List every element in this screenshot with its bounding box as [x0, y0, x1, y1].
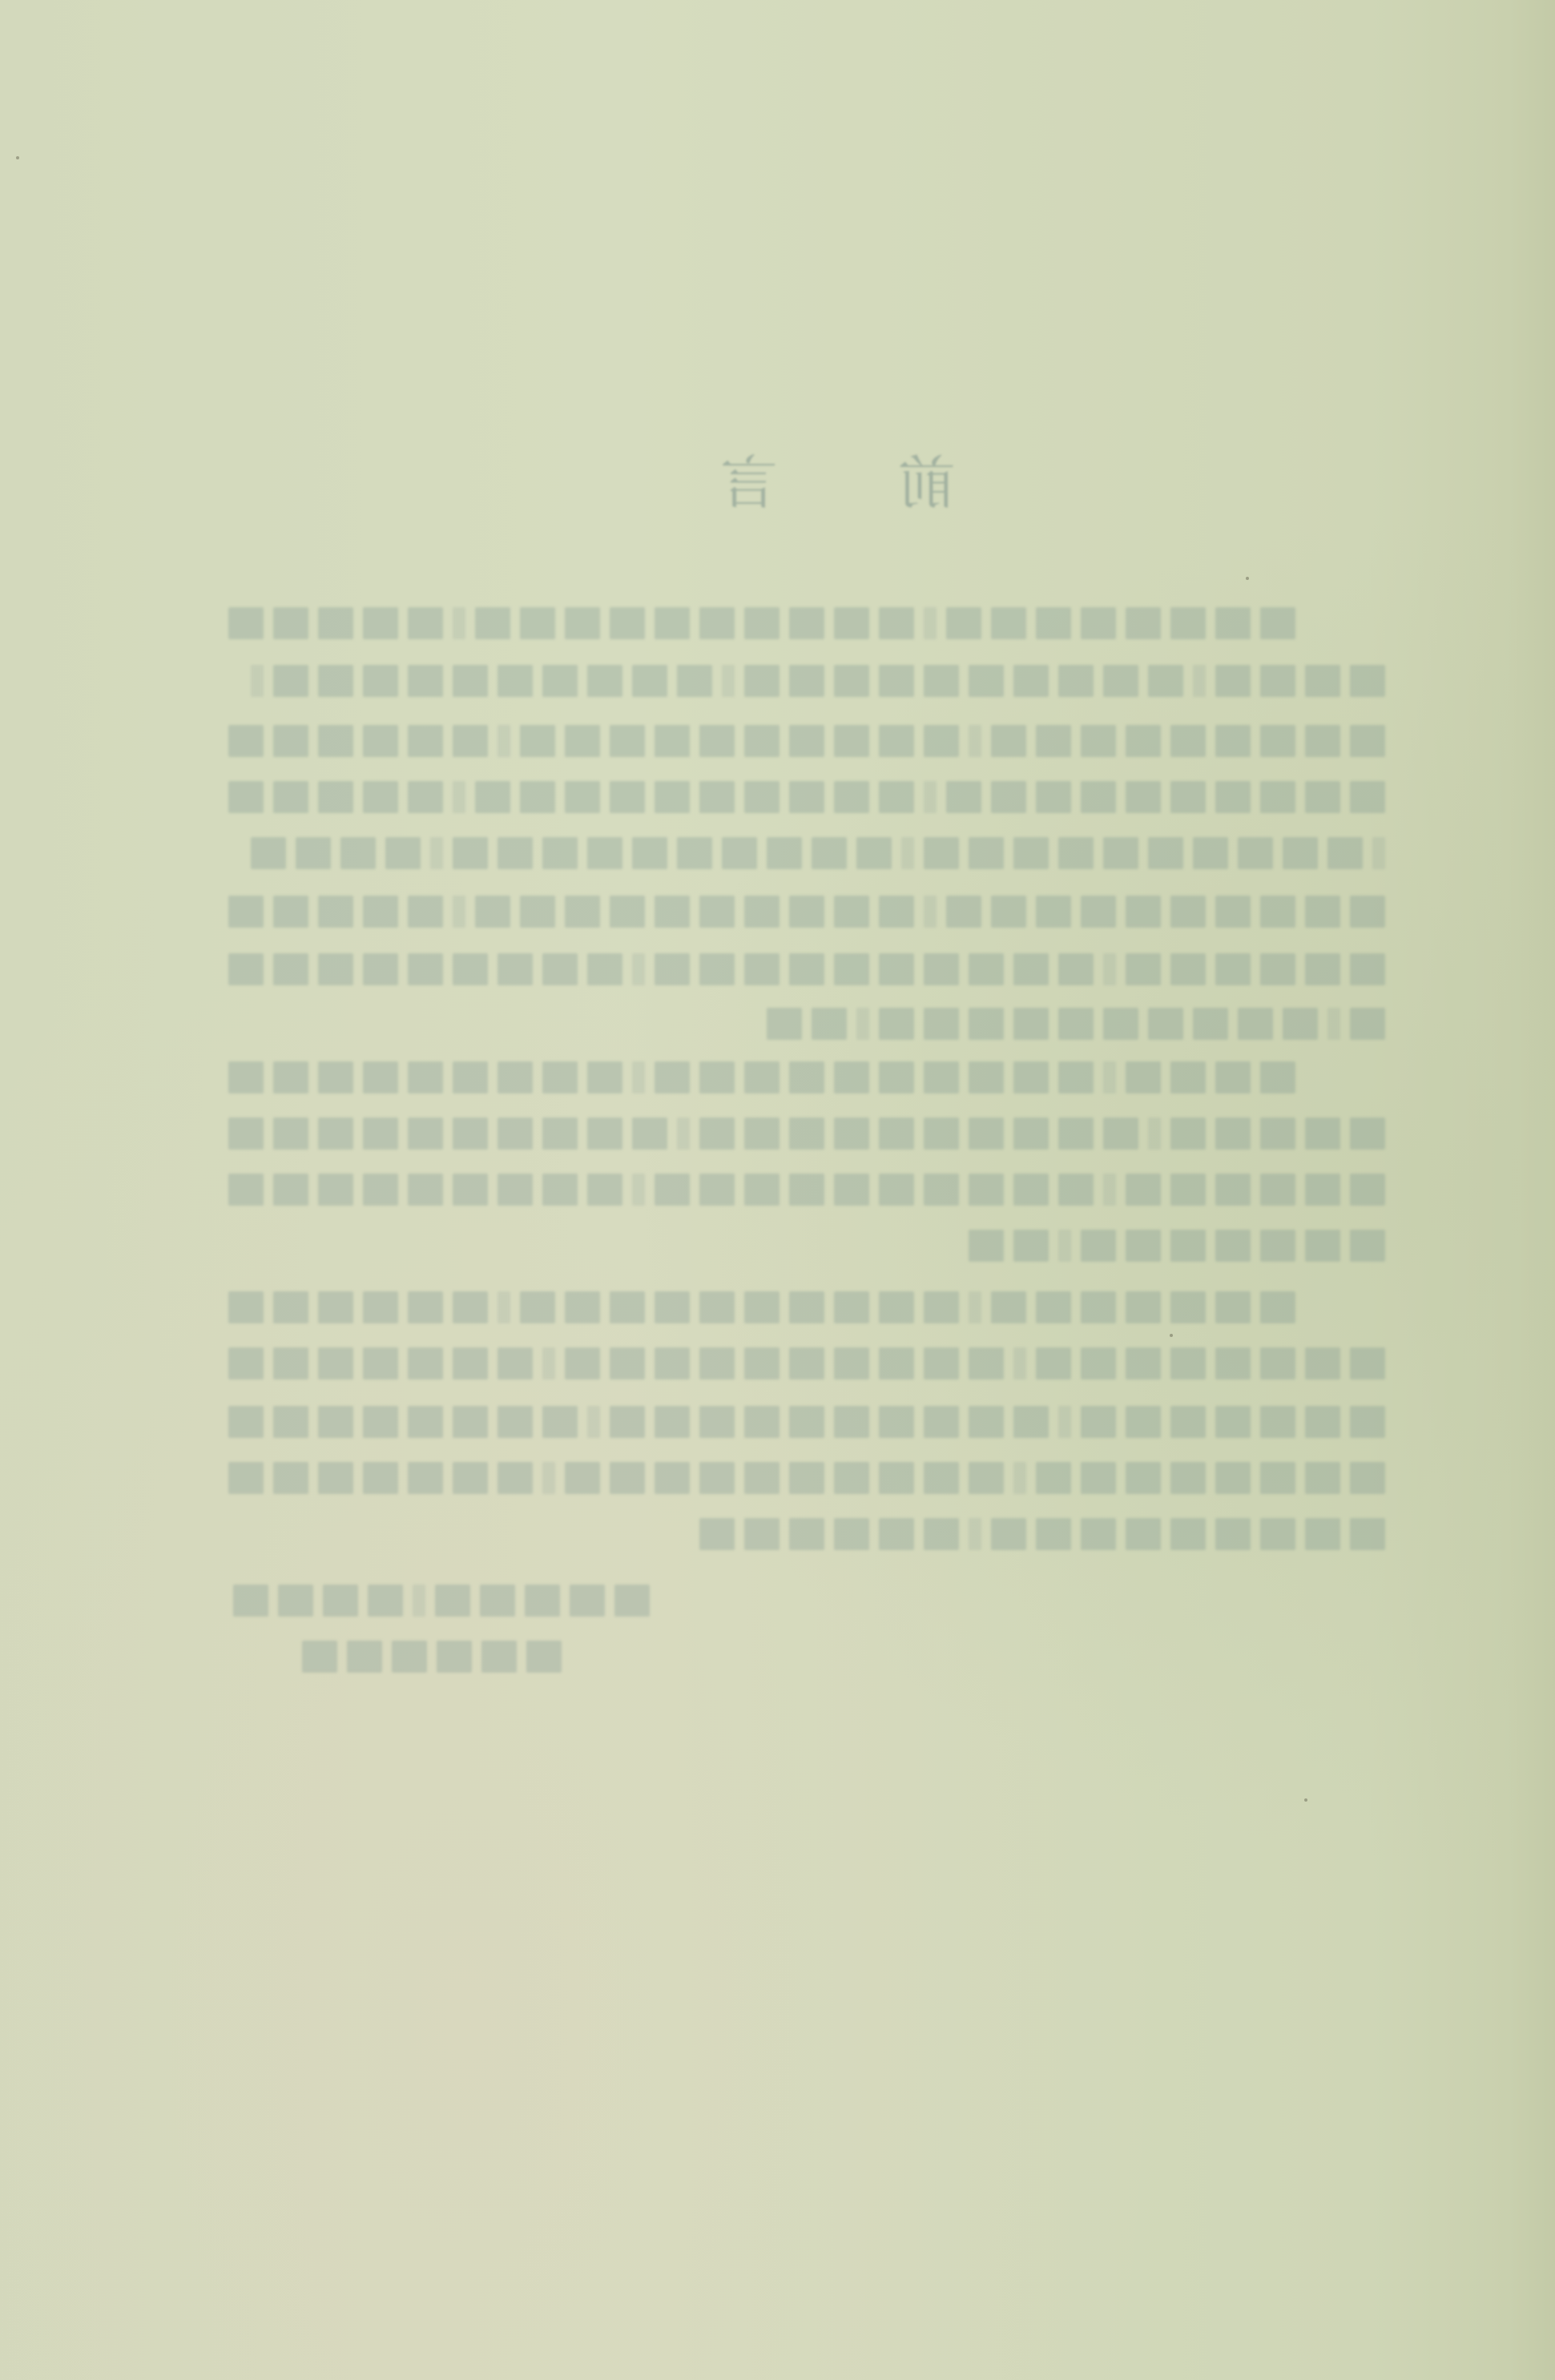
bleed-through-text-line [969, 1230, 1385, 1262]
bleed-through-text-line [228, 1406, 1385, 1438]
bleed-through-text-line [228, 725, 1385, 757]
bleed-through-text-line [228, 781, 1385, 813]
bleed-through-text-line [228, 1061, 1295, 1093]
bleed-through-text-line [228, 1118, 1385, 1150]
paper-speck [16, 156, 19, 159]
bleed-through-text-line [228, 896, 1385, 928]
paper-speck [1304, 1798, 1307, 1802]
bleed-through-text-line [228, 1291, 1295, 1323]
bleed-through-text-line [228, 1347, 1385, 1379]
mirrored-bleed-through-text: 前言 [0, 0, 1555, 2380]
bleed-through-text-line [228, 953, 1385, 985]
date-line [302, 1641, 562, 1673]
bleed-through-text-line [251, 837, 1385, 869]
preface-title: 前言 [0, 437, 1555, 520]
bleed-through-text-line [699, 1518, 1385, 1550]
scanned-page: 前言 [0, 0, 1555, 2380]
signature-line [233, 1585, 650, 1617]
bleed-through-text-line [767, 1008, 1385, 1040]
bleed-through-text-line [251, 665, 1385, 697]
bleed-through-text-line [228, 1462, 1385, 1494]
paper-speck [1246, 577, 1249, 580]
bleed-through-text-line [228, 1174, 1385, 1206]
bleed-through-text-line [228, 607, 1295, 639]
paper-speck [1170, 1334, 1173, 1337]
